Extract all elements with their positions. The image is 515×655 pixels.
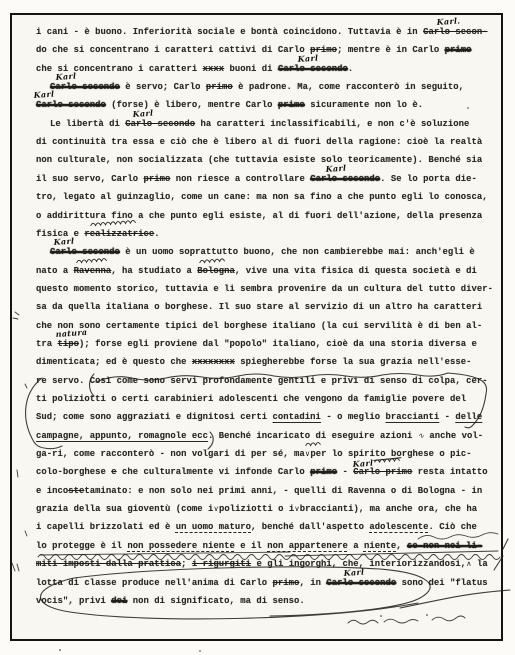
typed-text: ; mentre è in Carlo — [337, 45, 445, 55]
handwritten-correction: Karl — [344, 567, 365, 577]
typed-line: e incostetaminato: e non solo nei primi … — [36, 486, 482, 498]
typed-text: Le libertà di — [50, 119, 125, 129]
typed-text: , vive una vita fisica di questa società… — [235, 266, 477, 276]
typed-text: ha caratteri inclassificabili, e non c'è… — [195, 119, 469, 129]
typed-text: sicuramente non lo è. — [305, 100, 423, 110]
handwritten-word: Karl — [55, 71, 76, 82]
typed-text: sono dei "flatus — [396, 578, 487, 588]
typed-line: vocis", privi dei non di significato, ma… — [36, 596, 305, 608]
typed-line: i cani - è buono. Inferiorità sociale e … — [36, 27, 488, 39]
typed-text: la — [472, 559, 488, 569]
annotated-segment: Carlo primoKarl — [353, 467, 412, 477]
typed-text: Sud; come sono aggraziati e dignitosi ce… — [36, 412, 273, 422]
typed-text: . — [154, 229, 159, 239]
struck-text: primo — [206, 82, 233, 92]
typed-text: ); forse egli proviene dal "popolo" ital… — [79, 339, 477, 349]
typed-text: re servo. Così come sono servi profondam… — [36, 376, 488, 386]
typed-text: non riesce a controllare — [170, 174, 310, 184]
annotated-segment: Carlo secondoKarl — [50, 82, 120, 92]
typed-line: do che si concentrano i caratteri cattiv… — [36, 45, 471, 57]
handwritten-word: Karl — [33, 89, 54, 100]
typed-text: - — [439, 412, 455, 422]
wavy-underlined-text: non appartenere — [267, 541, 348, 551]
typed-line: ti poliziotti o certi carabinieri adoles… — [36, 394, 466, 406]
typed-line: nato a Ravenna, ha studiato a Bologna, v… — [36, 266, 477, 278]
heavily-struck-text: dei — [111, 596, 127, 606]
handwritten-correction: Karl — [297, 53, 318, 63]
typed-line: i capelli brizzolati ed è un uomo maturo… — [36, 522, 477, 534]
typed-text: questo momento storico, tuttavia e li se… — [36, 284, 493, 294]
typed-text: di continuità tra essa e ciò che è liber… — [36, 137, 482, 147]
struck-text: Carlo secondo — [125, 119, 195, 129]
heavily-struck-text: primo — [278, 100, 305, 110]
typed-line: lo protegge è il non possedere niente e … — [36, 541, 482, 553]
handwritten-word: Karl — [297, 52, 318, 63]
annotated-segment: ∨ — [305, 449, 311, 459]
handwritten-word: natura — [55, 327, 87, 339]
handwritten-correction: Karl — [33, 90, 54, 100]
typed-text: colo-borghese — [36, 467, 111, 477]
typed-line: sa da quella italiana o borghese. Il suo… — [36, 302, 482, 314]
typed-line: Carlo secondoKarl è servo; Carlo primo è… — [50, 82, 464, 94]
typed-line: lotta di classe produce nell'anima di Ca… — [36, 578, 488, 590]
typed-text: non culturale, non socializzata (che tut… — [36, 155, 482, 165]
heavily-struck-text: primo — [310, 467, 337, 477]
struck-text: xxxx — [203, 64, 225, 74]
struck-text: i rigurgiti — [192, 559, 251, 569]
typed-text: poliziotti o i — [219, 504, 294, 514]
annotated-segment: Carlo secon-Karl. — [423, 27, 488, 37]
manuscript-page: i cani - è buono. Inferiorità sociale e … — [0, 0, 515, 655]
typed-line: che si concentrano i caratteri xxxx buon… — [36, 64, 353, 76]
typed-line: Le libertà di Carlo secondoKarl ha carat… — [50, 119, 469, 131]
handwritten-word: Karl — [353, 458, 374, 469]
typed-text: grazia della sua gioventù (come i — [36, 504, 213, 514]
typed-line: Carlo secondoKarl è un uomo soprattutto … — [50, 247, 475, 259]
typed-text: dimenticata; ed è questo che — [36, 357, 192, 367]
typed-text: anche vol- — [424, 431, 483, 441]
typewritten-text-block: i cani - è buono. Inferiorità sociale e … — [0, 0, 515, 655]
typed-text: - o meglio — [321, 412, 386, 422]
typed-text: sa da quella italiana o borghese. Il suo… — [36, 302, 482, 312]
handwritten-scribble — [373, 455, 402, 466]
typed-text: . — [348, 64, 353, 74]
typed-line: colo-borghese e che culturalmente vi inf… — [36, 467, 488, 479]
typed-text: è servo; Carlo — [120, 82, 206, 92]
typed-line: campagne, appunto, romagnole ecc. Benché… — [36, 431, 483, 443]
handwritten-scribble — [199, 255, 228, 268]
typed-text: tro, legato al guinzaglio, come un cane:… — [36, 192, 488, 202]
heavily-struck-text: Carlo secondo — [278, 64, 348, 74]
typed-text: . Ciò che — [428, 522, 476, 532]
handwritten-scribble — [304, 439, 321, 449]
typed-line: Sud; come sono aggraziati e dignitosi ce… — [36, 412, 482, 424]
typed-text: , ha studiato a — [111, 266, 197, 276]
typed-text: ga-ri, come racconterò - non volgari di … — [36, 449, 305, 459]
struck-text: xxxxxxxx — [192, 357, 235, 367]
handwritten-correction: Karl — [55, 72, 76, 82]
heavily-struck-text: Carlo secondo — [50, 82, 120, 92]
typed-text: lotta di classe produce nell'anima di Ca… — [36, 578, 273, 588]
struck-text: primo — [144, 174, 171, 184]
annotated-segment: Bologna — [197, 266, 235, 276]
annotated-segment: Carlo secondoKarl — [326, 578, 396, 588]
typed-line: re servo. Così come sono servi profondam… — [36, 376, 488, 388]
typed-text: tra — [36, 339, 58, 349]
typed-text: - — [337, 467, 353, 477]
typed-text: che non sono certamente tipici del borgh… — [36, 321, 482, 331]
wavy-underlined-text: niente — [364, 541, 396, 551]
handwritten-word: Karl — [344, 566, 365, 577]
typed-text: spiegherebbe forse la sua grazia nell'es… — [235, 357, 472, 367]
typed-text: ; — [181, 559, 192, 569]
annotated-segment: tiponatura — [58, 339, 80, 349]
typed-line: il suo servo, Carlo primo non riesce a c… — [36, 174, 477, 186]
underlined-text: delle — [455, 412, 482, 422]
wavy-underlined-text: un uomo maturo — [176, 522, 251, 532]
typed-line: non culturale, non socializzata (che tut… — [36, 155, 482, 167]
typed-text: braccianti), ma anche ora, che ha — [300, 504, 477, 514]
annotated-segment: Carlo secondoKarl — [125, 119, 195, 129]
typed-text: lo protegge è il — [36, 541, 127, 551]
typed-text: a — [348, 541, 364, 551]
typed-text: i cani - è buono. Inferiorità sociale e … — [36, 27, 423, 37]
struck-text: primo — [273, 578, 300, 588]
typed-line: tra tiponatura); forse egli proviene dal… — [36, 339, 477, 351]
typed-text: nato a — [36, 266, 74, 276]
typed-line: miti imposti dalla prattica; i rigurgiti… — [36, 559, 488, 571]
handwritten-scribble — [304, 439, 321, 451]
typed-text: non di significato, ma di senso. — [127, 596, 304, 606]
typed-text: , — [396, 541, 407, 551]
handwritten-correction: natura — [55, 328, 87, 339]
struck-text: miti imposti dalla prattica — [36, 559, 181, 569]
typed-text: il suo servo, Carlo — [36, 174, 144, 184]
typed-text: e inco — [36, 486, 68, 496]
typed-line: che non sono certamente tipici del borgh… — [36, 321, 482, 333]
underlined-text: braccianti — [385, 412, 439, 422]
typed-text: che culturalmente vi infonde Carlo — [117, 467, 311, 477]
handwritten-word: Karl — [326, 162, 347, 173]
handwritten-word: Karl. — [436, 15, 460, 27]
handwritten-word: Karl — [53, 236, 74, 247]
typed-text: resta intatto — [412, 467, 487, 477]
typed-text: i capelli brizzolati ed è — [36, 522, 176, 532]
underlined-text: contadini — [273, 412, 321, 422]
typed-text: . Se lo porta die- — [380, 174, 477, 184]
annotated-segment: Carlo secondoKarl — [310, 174, 380, 184]
struck-text: Carlo secon- — [423, 27, 488, 37]
handwritten-scribble — [75, 254, 110, 267]
typed-line: Carlo secondoKarl (forse) è libero, ment… — [36, 100, 423, 112]
annotated-segment: Ravenna — [74, 266, 112, 276]
typed-line: di continuità tra essa e ciò che è liber… — [36, 137, 482, 149]
typed-text: , in — [299, 578, 326, 588]
typed-text: ti poliziotti o certi carabinieri adoles… — [36, 394, 466, 404]
typed-text: taminato: e non solo nei primi anni, - q… — [84, 486, 482, 496]
struck-text: tipo — [58, 339, 80, 349]
handwritten-scribble — [75, 254, 110, 265]
typed-line: tro, legato al guinzaglio, come un cane:… — [36, 192, 488, 204]
struck-text: Carlo primo — [353, 467, 412, 477]
typed-text: è un uomo soprattutto buono, che non cam… — [120, 247, 475, 257]
annotated-segment: Carlo secondoKarl — [278, 64, 348, 74]
wavy-underlined-text: adolescente — [369, 522, 428, 532]
typed-text: vocis", privi — [36, 596, 111, 606]
handwritten-scribble — [199, 255, 228, 266]
handwritten-correction: Karl. — [436, 16, 460, 27]
typed-line: ga-ri, come racconterò - non volgari di … — [36, 449, 472, 461]
typed-text: , benché dall'aspetto — [251, 522, 369, 532]
typed-text: do che si concentrano i caratteri cattiv… — [36, 45, 310, 55]
handwritten-word: Karl — [133, 107, 154, 118]
struck-text: ste — [68, 486, 84, 496]
handwritten-correction: Karl — [53, 237, 74, 247]
typed-line: grazia della sua gioventù (come i∨polizi… — [36, 504, 477, 516]
typed-text: buoni di — [224, 64, 278, 74]
heavily-struck-text: Carlo secondo — [326, 578, 396, 588]
handwritten-correction: Karl — [326, 163, 347, 173]
typed-line: questo momento storico, tuttavia e li se… — [36, 284, 493, 296]
typed-line: dimenticata; ed è questo che xxxxxxxx sp… — [36, 357, 471, 369]
wavy-underlined-text: non possedere niente — [127, 541, 235, 551]
heavily-struck-text: se non nei li- — [407, 541, 482, 551]
heavily-struck-text: Carlo secondo — [310, 174, 380, 184]
annotated-segment: realizzatrice — [84, 229, 154, 239]
typed-text: e il — [235, 541, 267, 551]
typed-text: è padrone. Ma, come racconterò in seguit… — [233, 82, 464, 92]
heavily-struck-text: primo — [445, 45, 472, 55]
underlined-text: campagne, appunto, romagnole ecc — [36, 431, 208, 441]
annotated-segment: Carlo secondoKarl — [36, 100, 106, 110]
handwritten-correction: Karl — [133, 108, 154, 118]
heavily-struck-text: Carlo secondo — [36, 100, 106, 110]
